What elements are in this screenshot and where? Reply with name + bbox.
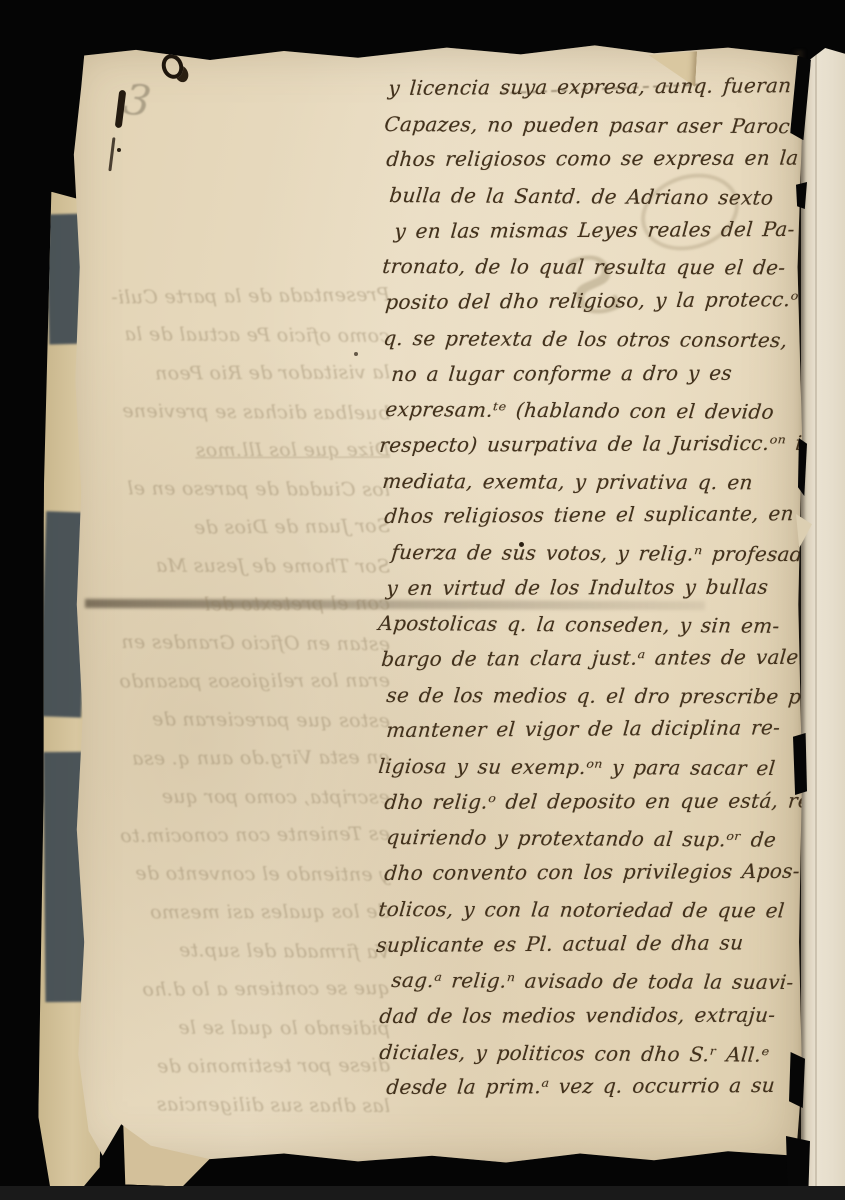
bleedthrough-line: y entiendo el convento de — [108, 862, 390, 902]
manuscript-line: q. se pretexta de los otros consortes, — [381, 326, 797, 364]
manuscript-line: suplicante es Pl. actual de dha su — [375, 930, 798, 969]
manuscript-line: tronato, de lo qual resulta que el de- — [380, 254, 797, 291]
manuscript-line: tolicos, y con la notoriedad de que el — [376, 897, 797, 934]
manuscript-line: no a lugar conforme a dro y es — [390, 360, 798, 397]
bleedthrough-line: las dhas sus diligencias — [96, 1092, 390, 1133]
bleedthrough-line: eran los religiosos pasando — [104, 670, 390, 709]
manuscript-line: mediata, exemta, y privativa q. en — [380, 469, 797, 506]
manuscript-line: Apostolicas q. la conseden, y sin em- — [376, 611, 797, 650]
manuscript-line: respecto) usurpativa de la Jurisdicc.ᵒⁿ … — [378, 431, 798, 469]
bleedthrough-line: con el pretexto del — [168, 592, 390, 632]
manuscript-line: mantener el vigor de la diciplina re- — [385, 716, 798, 755]
manuscript-line: posito del dho religioso, y la protecc.ᵒ… — [384, 287, 798, 326]
ink-speck-icon — [117, 148, 121, 152]
bleedthrough-line: buelbas dichas se previene — [94, 399, 390, 440]
adjacent-page-edge — [801, 48, 845, 1200]
bleedthrough-line: Va firmada del sup.te — [142, 938, 390, 979]
manuscript-line: y licencia suya expresa, aunq. fueran — [387, 73, 798, 112]
manuscript-line: y en las mismas Leyes reales del Pa- — [393, 217, 798, 255]
manuscript-text: y licencia suya expresa, aunq. fueran Ca… — [376, 76, 796, 1111]
bleedthrough-line: de los quales asi mesmo — [126, 901, 390, 940]
manuscript-line: dhos religiosos como se expresa en la — [385, 146, 798, 183]
bleedthrough-line: la visitador de Rio Peon — [116, 361, 390, 401]
ink-blot-icon — [158, 51, 186, 82]
manuscript-line: y en virtud de los Indultos y bullas — [385, 574, 798, 611]
bleedthrough-line: como oficio Pe actual de la — [100, 322, 390, 363]
bleedthrough-line: los Ciudad de pareso en el — [102, 477, 390, 517]
scanner-bed-band — [0, 1186, 845, 1200]
manuscript-line: ligiosa y su exemp.ᵒⁿ y para sacar el — [376, 754, 797, 792]
folio-number: 3 — [121, 74, 154, 126]
bleedthrough-text: Presentada de la parte Culi- como oficio… — [88, 285, 390, 1132]
manuscript-page: 3 S Presentada de la parte Culi- como of… — [62, 42, 802, 1167]
bleedthrough-line: que se contiene a lo d.ho — [100, 977, 390, 1018]
manuscript-line: desde la prim.ᵃ vez q. occurrio a su — [385, 1073, 798, 1111]
bleedthrough-line: en esta Virg.do aun q. esa — [98, 746, 390, 786]
bleedthrough-line: es Teniente con conocim.to — [94, 823, 390, 864]
bleedthrough-line: Sor Juan de Dios de — [148, 515, 390, 556]
bleedthrough-line: escripta, como por que — [132, 785, 390, 824]
bleedthrough-line: Dize que los Ill.mos — [158, 439, 390, 478]
bleedthrough-line: pidiendo lo qual se le — [128, 1016, 390, 1055]
bleedthrough-line: estos que parecieran de — [122, 708, 390, 748]
manuscript-line: dad de los medios vendidos, extraju- — [378, 1002, 798, 1039]
bleedthrough-line: Sor Thome de Jesus Ma — [118, 554, 390, 593]
bleedthrough-line: Presentada de la parte Culi- — [124, 284, 390, 325]
manuscript-line: sag.ᵃ relig.ⁿ avisado de toda la suavi- — [389, 968, 797, 1006]
seam-tear — [789, 1052, 805, 1108]
page-fold-line — [815, 48, 817, 1200]
manuscript-line: fuerza de sus votos, y relig.ⁿ profesada — [389, 540, 797, 578]
bleedthrough-line: diese por testimonio de — [110, 1054, 390, 1094]
seam-tear — [793, 733, 807, 795]
manuscript-line: dho relig.ᵒ del deposito en que está, re… — [383, 788, 798, 825]
manuscript-line: Capazes, no pueden pasar aser Parochos — [382, 112, 797, 150]
manuscript-line: expresam.ᵗᵉ (hablando con el devido — [383, 397, 797, 436]
manuscript-line: bargo de tan clara just.ᵃ antes de valer… — [380, 645, 798, 683]
manuscript-line: bulla de la Santd. de Adriano sexto — [387, 183, 797, 222]
scanned-manuscript: 3 S Presentada de la parte Culi- como of… — [0, 0, 845, 1200]
manuscript-line: dhos religiosos tiene el suplicante, en — [383, 501, 798, 540]
manuscript-line: dho convento con los privilegios Apos- — [383, 859, 798, 897]
bleedthrough-line: estan en Oficio Grandes en — [96, 630, 390, 671]
manuscript-line: se de los medios q. el dro prescribe p.ᵃ — [384, 683, 797, 720]
